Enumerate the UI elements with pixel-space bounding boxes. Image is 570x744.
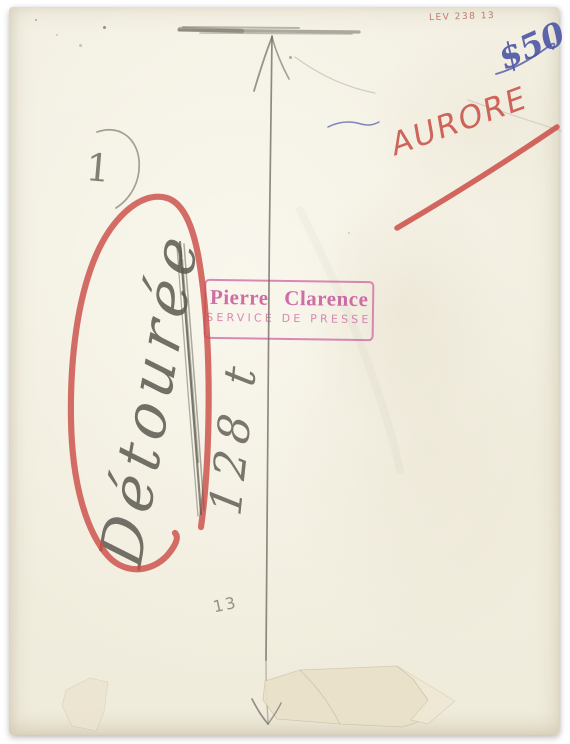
paper-speck <box>348 232 350 234</box>
paper-speck <box>79 44 82 47</box>
paper-speck <box>289 56 292 59</box>
photo-back-scan: Pierre Clarence SERVICE DE PRESSE Détour… <box>0 0 570 744</box>
stamp-subtitle: SERVICE DE PRESSE <box>206 311 372 326</box>
press-stamp: Pierre Clarence SERVICE DE PRESSE <box>204 279 375 341</box>
paper-speck <box>56 34 58 36</box>
paper-speck <box>35 19 37 21</box>
stamp-agency-name: Pierre Clarence <box>206 286 372 310</box>
paper-speck <box>103 26 106 29</box>
annotation-index-number: 1 <box>84 145 112 191</box>
